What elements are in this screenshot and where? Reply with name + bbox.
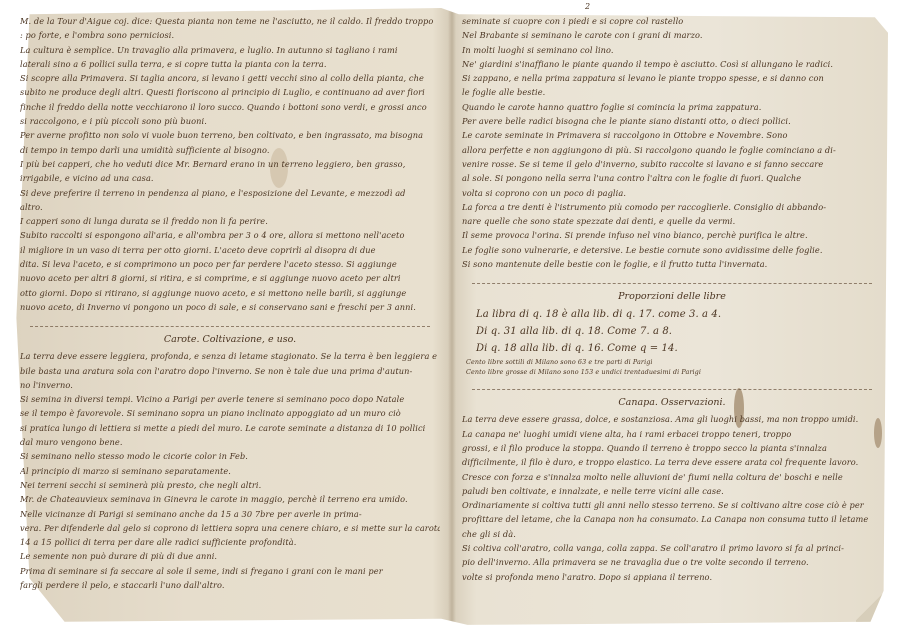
center-fold [448, 8, 456, 628]
manuscript-line: In molti luoghi si seminano col lino. [462, 43, 882, 57]
manuscript-line: paludi ben coltivate, e innalzate, e nel… [462, 484, 882, 498]
manuscript-line: Subito raccolti si espongono all'aria, e… [20, 228, 440, 242]
proportions-lines: La libra di q. 18 è alla lib. di q. 17. … [462, 306, 882, 357]
manuscript-line: La forca a tre denti è l'istrumento più … [462, 200, 882, 214]
divider [472, 273, 872, 284]
page-number: 2 [585, 2, 590, 11]
manuscript-line: Di q. 31 alla lib. di q. 18. Come 7. a 8… [462, 323, 882, 340]
manuscript-line: La canapa ne' luoghi umidi viene alta, h… [462, 427, 882, 441]
manuscript-line: Cresce con forza e s'innalza molto nelle… [462, 470, 882, 484]
divider [30, 316, 430, 327]
left-page-text-top: M. de la Tour d'Aigue coj. dice: Questa … [20, 14, 440, 314]
manuscript-line: volta si coprono con un poco di paglia. [462, 186, 882, 200]
manuscript-line: grossi, e il filo produce la stoppa. Qua… [462, 441, 882, 455]
manuscript-line: vera. Per difenderle dal gelo si coprono… [20, 521, 440, 535]
manuscript-line: Si zappano, e nella prima zappatura si l… [462, 71, 882, 85]
section-title-proporzioni: Proporzioni delle libre [462, 288, 882, 306]
manuscript-line: otto giorni. Dopo si ritirano, si aggiun… [20, 286, 440, 300]
folded-corner [856, 580, 888, 628]
manuscript-line: nuovo aceto per altri 8 giorni, si ritir… [20, 271, 440, 285]
manuscript-line: La libra di q. 18 è alla lib. di q. 17. … [462, 306, 882, 323]
manuscript-line: profittare del letame, che la Canapa non… [462, 512, 882, 526]
right-page: seminate si cuopre con i piedi e si copr… [462, 14, 882, 584]
manuscript-line: seminate si cuopre con i piedi e si copr… [462, 14, 882, 28]
manuscript-line: no l'inverno. [20, 378, 440, 392]
right-page-text-top: seminate si cuopre con i piedi e si copr… [462, 14, 882, 271]
manuscript-line: : po forte, e l'ombra sono perniciosi. [20, 28, 440, 42]
manuscript-line: I più bei capperi, che ho veduti dice Mr… [20, 157, 440, 171]
manuscript-line: Quando le carote hanno quattro foglie si… [462, 100, 882, 114]
right-page-text-bottom: La terra deve essere grassa, dolce, e so… [462, 412, 882, 584]
manuscript-line: 14 a 15 pollici di terra per dare alle r… [20, 535, 440, 549]
manuscript-line: Nelle vicinanze di Parigi si seminano an… [20, 507, 440, 521]
manuscript-line: Per avere belle radici bisogna che le pi… [462, 114, 882, 128]
manuscript-line: Al principio di marzo si seminano separa… [20, 464, 440, 478]
manuscript-line: difficilmente, il filo è duro, e troppo … [462, 455, 882, 469]
manuscript-line: La terra deve essere grassa, dolce, e so… [462, 412, 882, 426]
manuscript-line: Nei terreni secchi si seminerà più prest… [20, 478, 440, 492]
manuscript-line: Si semina in diversi tempi. Vicino a Par… [20, 392, 440, 406]
manuscript-line: Si deve preferire il terreno in pendenza… [20, 186, 440, 200]
proportions-notes: Cento libre sottili di Milano sono 63 e … [462, 357, 882, 377]
manuscript-line: se il tempo è favorevole. Si seminano so… [20, 406, 440, 420]
divider [472, 379, 872, 390]
manuscript-line: Prima di seminare si fa seccare al sole … [20, 564, 440, 578]
left-page: M. de la Tour d'Aigue coj. dice: Questa … [20, 14, 440, 592]
manuscript-line: volte si profonda meno l'aratro. Dopo si… [462, 570, 882, 584]
manuscript-line: il migliore in un vaso di terra per otto… [20, 243, 440, 257]
manuscript-line: dal muro vengono bene. [20, 435, 440, 449]
manuscript-line: laterali sino a 6 pollici sulla terra, e… [20, 57, 440, 71]
manuscript-line: Si sono mantenute delle bestie con le fo… [462, 257, 882, 271]
manuscript-line: altro. [20, 200, 440, 214]
manuscript-line: Il seme provoca l'orina. Si prende infus… [462, 228, 882, 242]
manuscript-line: Ne' giardini s'inaffiano le piante quand… [462, 57, 882, 71]
manuscript-line: di tempo in tempo darli una umidità suff… [20, 143, 440, 157]
manuscript-line: bile basta una aratura sola con l'aratro… [20, 364, 440, 378]
manuscript-line: fargli perdere il pelo, e staccarli l'un… [20, 578, 440, 592]
manuscript-line: nare quelle che sono state spezzate dai … [462, 214, 882, 228]
manuscript-line: pio dell'inverno. Alla primavera se ne t… [462, 555, 882, 569]
section-title-carote: Carote. Coltivazione, e uso. [20, 331, 440, 349]
manuscript-line: Ordinariamente si coltiva tutti gli anni… [462, 498, 882, 512]
manuscript-line: al sole. Si pongono nella serra l'una co… [462, 171, 882, 185]
manuscript-line: Cento libre grosse di Milano sono 153 e … [462, 367, 882, 377]
manuscript-line: subito ne produce degli altri. Questi fi… [20, 85, 440, 99]
manuscript-line: finche il freddo della notte vecchiarono… [20, 100, 440, 114]
manuscript-line: allora perfette e non aggiungono di più.… [462, 143, 882, 157]
manuscript-line: nuovo aceto, di Inverno vi pongono un po… [20, 300, 440, 314]
manuscript-line: Nel Brabante si seminano le carote con i… [462, 28, 882, 42]
manuscript-line: si raccolgono, e i più piccoli sono più … [20, 114, 440, 128]
manuscript-line: La cultura è semplice. Un travaglio alla… [20, 43, 440, 57]
manuscript-line: Di q. 18 alla lib. di q. 16. Come q = 14… [462, 340, 882, 357]
manuscript-line: Cento libre sottili di Milano sono 63 e … [462, 357, 882, 367]
manuscript-line: Per averne profitto non solo vi vuole bu… [20, 128, 440, 142]
manuscript-line: dita. Si leva l'aceto, e si comprimono u… [20, 257, 440, 271]
manuscript-line: I capperi sono di lunga durata se il fre… [20, 214, 440, 228]
manuscript-line: La terra deve essere leggiera, profonda,… [20, 349, 440, 363]
manuscript-line: irrigabile, e vicino ad una casa. [20, 171, 440, 185]
manuscript-line: Mr. de Chateauvieux seminava in Ginevra … [20, 492, 440, 506]
manuscript-line: Si coltiva coll'aratro, colla vanga, col… [462, 541, 882, 555]
manuscript-line: Le carote seminate in Primavera si racco… [462, 128, 882, 142]
manuscript-line: le foglie alle bestie. [462, 85, 882, 99]
manuscript-line: Le foglie sono vulnerarie, e detersive. … [462, 243, 882, 257]
manuscript-line: M. de la Tour d'Aigue coj. dice: Questa … [20, 14, 440, 28]
manuscript-line: Le semente non può durare di più di due … [20, 549, 440, 563]
left-page-text-bottom: La terra deve essere leggiera, profonda,… [20, 349, 440, 592]
manuscript-line: Si scopre alla Primavera. Si taglia anco… [20, 71, 440, 85]
manuscript-line: Si seminano nello stesso modo le cicorie… [20, 449, 440, 463]
section-title-canapa: Canapa. Osservazioni. [462, 394, 882, 412]
manuscript-line: venire rosse. Se si teme il gelo d'inver… [462, 157, 882, 171]
manuscript-line: si pratica lungo di lettiera si mette a … [20, 421, 440, 435]
manuscript-line: che gli si dà. [462, 527, 882, 541]
